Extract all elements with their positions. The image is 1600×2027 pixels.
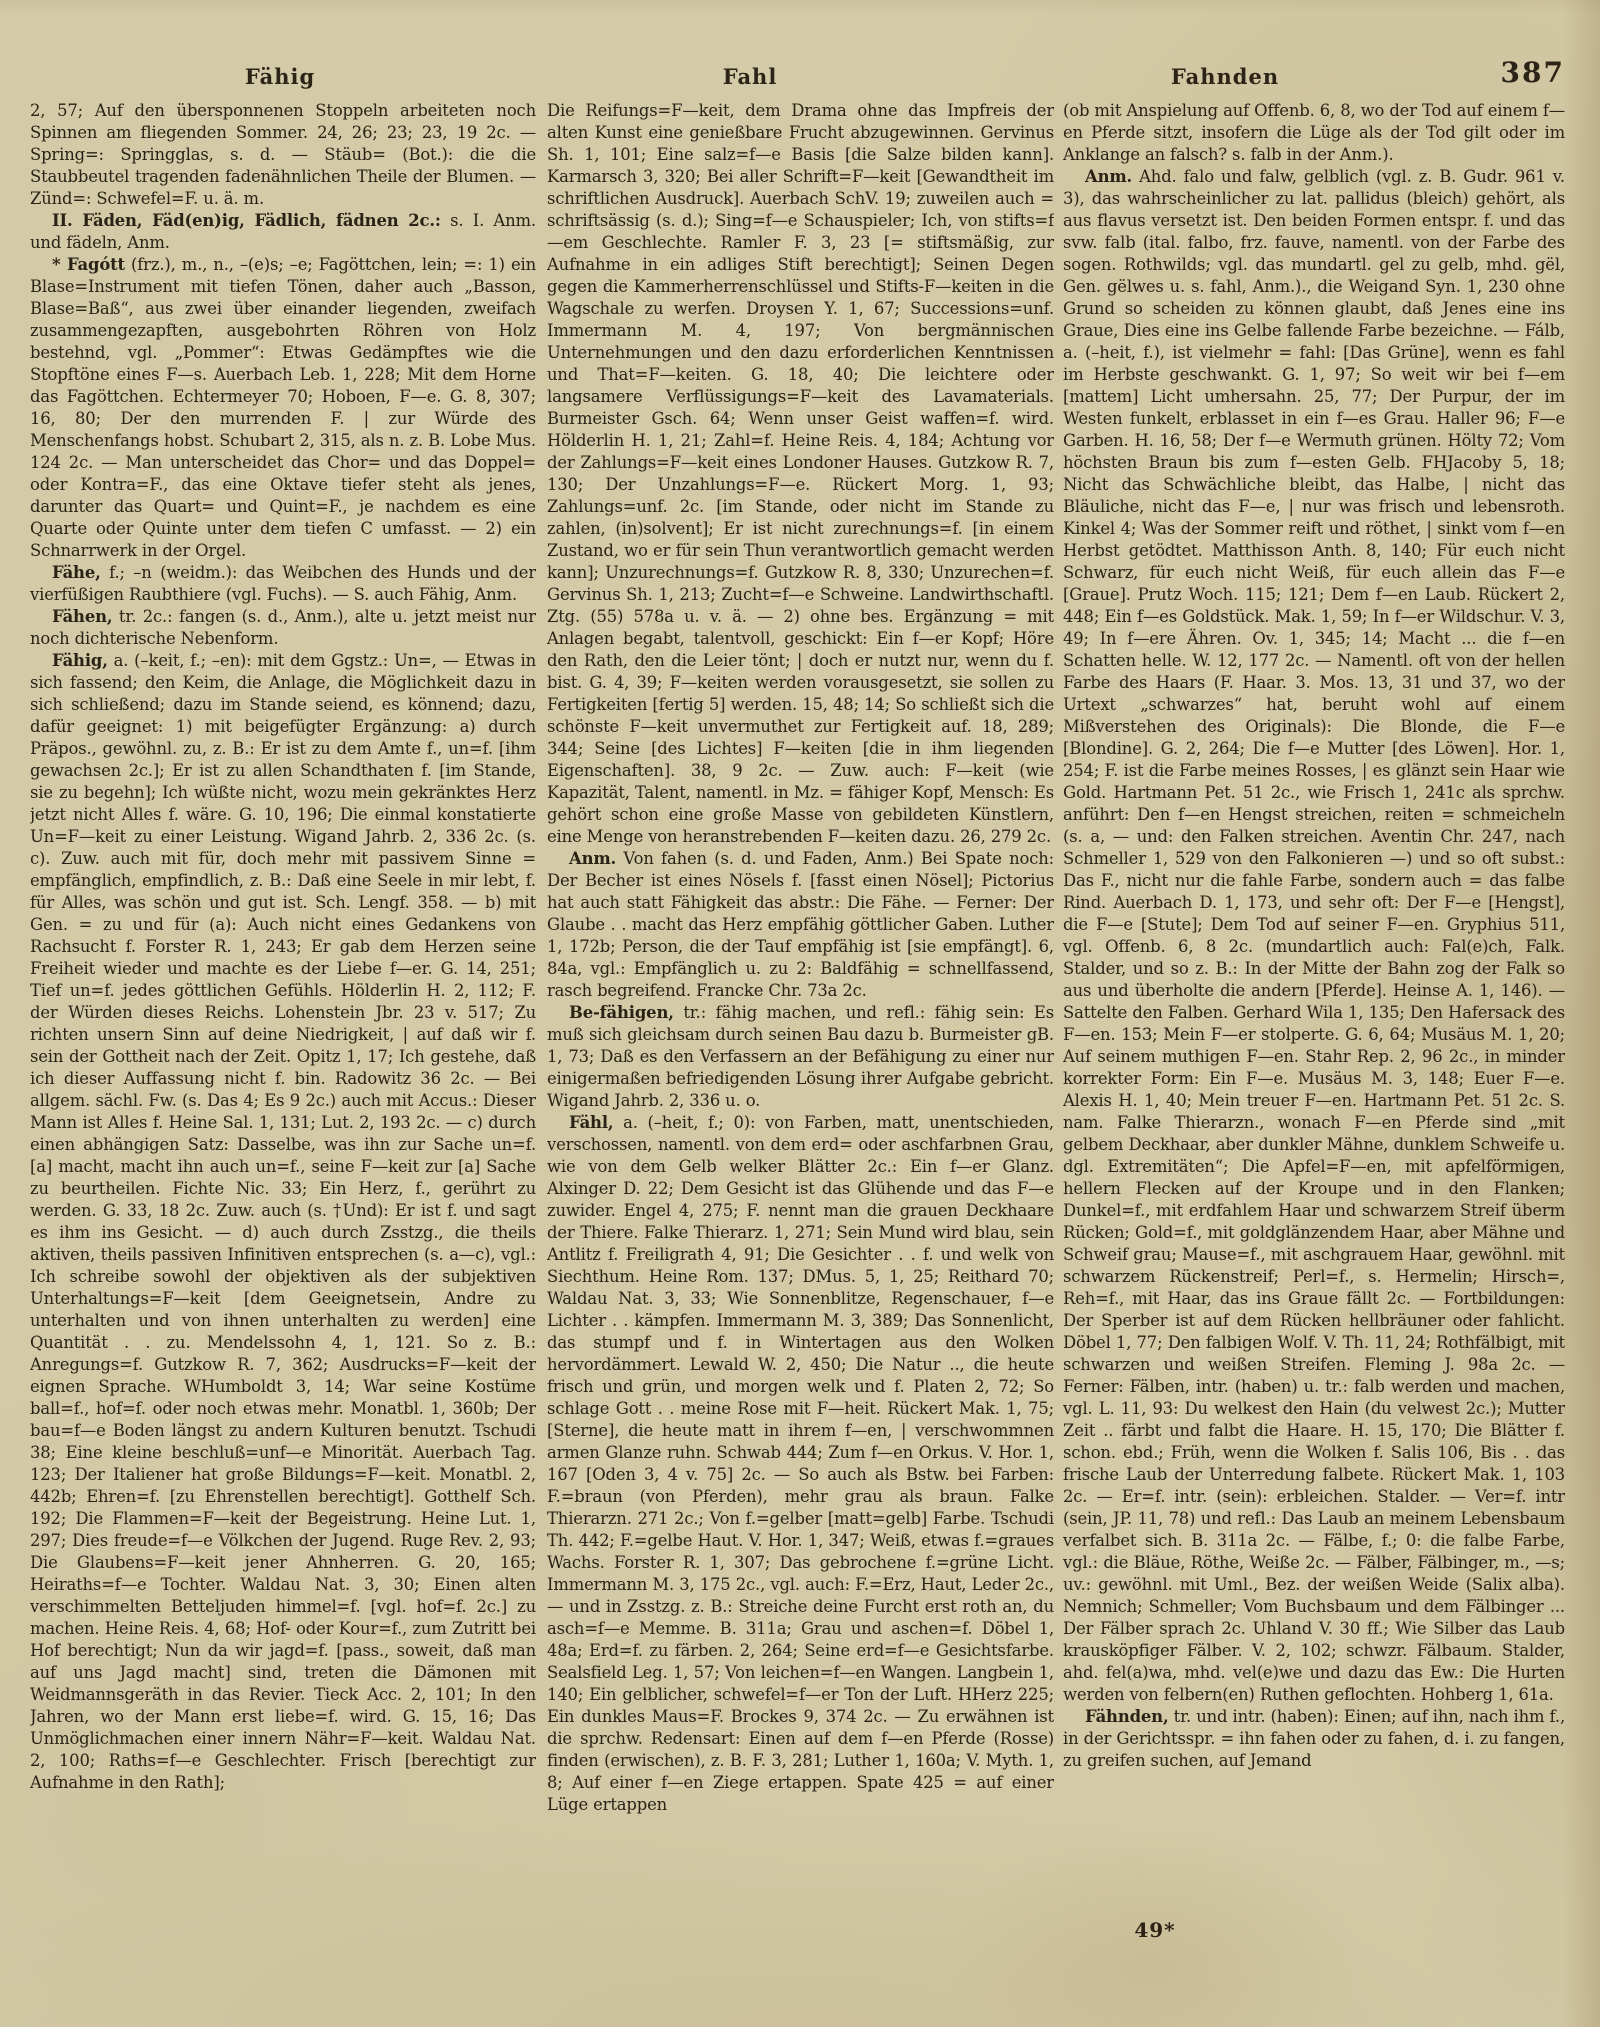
entry-fagott: * Fagótt (frz.), m., n., –(e)s; –e; Fagö…: [30, 254, 536, 562]
page-number: 387: [1455, 56, 1565, 89]
text-column-2: Die Reifungs=F—keit, dem Drama ohne das …: [547, 100, 1054, 1980]
entry-fahl-anm: Anm. Ahd. falo und falw, gelblich (vgl. …: [1063, 166, 1565, 1706]
paragraph-continuation: Die Reifungs=F—keit, dem Drama ohne das …: [547, 100, 1054, 848]
entry-body: a. (–keit, f.; –en): mit dem Ggstz.: Un=…: [30, 651, 536, 1792]
entry-headword: Anm.: [1085, 167, 1132, 186]
running-head-center: Fahl: [620, 64, 880, 94]
entry-headword: II. Fäden, Fäd(en)ig, Fädlich, fädnen 2c…: [52, 211, 441, 230]
text-column-1: 2, 57; Auf den übersponnenen Stoppeln ar…: [30, 100, 536, 1980]
entry-headword: Fähig,: [52, 651, 108, 670]
entry-headword: Fähe,: [52, 563, 101, 582]
entry-body: a. (–heit, f.; 0): von Farben, matt, une…: [547, 1113, 1054, 1814]
entry-headword: Fähnden,: [1085, 1707, 1169, 1726]
entry-headword: Be-fähigen,: [569, 1003, 674, 1022]
entry-body: Von fahen (s. d. und Faden, Anm.) Bei Sp…: [547, 849, 1054, 1000]
paragraph-continuation: 2, 57; Auf den übersponnenen Stoppeln ar…: [30, 100, 536, 210]
entry-body: Ahd. falo und falw, gelblich (vgl. z. B.…: [1063, 167, 1565, 1704]
entry-befaehigen: Be-fähigen, tr.: fähig machen, und refl.…: [547, 1002, 1054, 1112]
text-column-3: (ob mit Anspielung auf Offenb. 6, 8, wo …: [1063, 100, 1565, 1980]
entry-faehig-anm: Anm. Von fahen (s. d. und Faden, Anm.) B…: [547, 848, 1054, 1002]
entry-body: (frz.), m., n., –(e)s; –e; Fagöttchen, l…: [30, 255, 536, 560]
entry-body: 2, 57; Auf den übersponnenen Stoppeln ar…: [30, 101, 536, 208]
running-head-left: Fähig: [150, 64, 410, 94]
entry-headword: Anm.: [569, 849, 616, 868]
entry-faehig: Fähig, a. (–keit, f.; –en): mit dem Ggst…: [30, 650, 536, 1794]
entry-faehe: Fähe, f.; –n (weidm.): das Weibchen des …: [30, 562, 536, 606]
entry-headword: Fähl,: [569, 1113, 613, 1132]
entry-faehnden: Fähnden, tr. und intr. (haben): Einen; a…: [1063, 1706, 1565, 1772]
entry-faehl: Fähl, a. (–heit, f.; 0): von Farben, mat…: [547, 1112, 1054, 1816]
entry-body: (ob mit Anspielung auf Offenb. 6, 8, wo …: [1063, 101, 1565, 164]
entry-body: Die Reifungs=F—keit, dem Drama ohne das …: [547, 101, 1054, 846]
signature-mark: 49*: [1095, 1918, 1215, 1942]
dictionary-page: Fähig Fahl Fahnden 387 2, 57; Auf den üb…: [0, 0, 1600, 2027]
entry-headword: Fähen,: [52, 607, 112, 626]
entry-faehen: Fähen, tr. 2c.: fangen (s. d., Anm.), al…: [30, 606, 536, 650]
entry-faeden: II. Fäden, Fäd(en)ig, Fädlich, fädnen 2c…: [30, 210, 536, 254]
paragraph-continuation: (ob mit Anspielung auf Offenb. 6, 8, wo …: [1063, 100, 1565, 166]
running-head-right: Fahnden: [1095, 64, 1355, 94]
entry-body: f.; –n (weidm.): das Weibchen des Hunds …: [30, 563, 536, 604]
entry-headword: * Fagótt: [52, 255, 125, 274]
